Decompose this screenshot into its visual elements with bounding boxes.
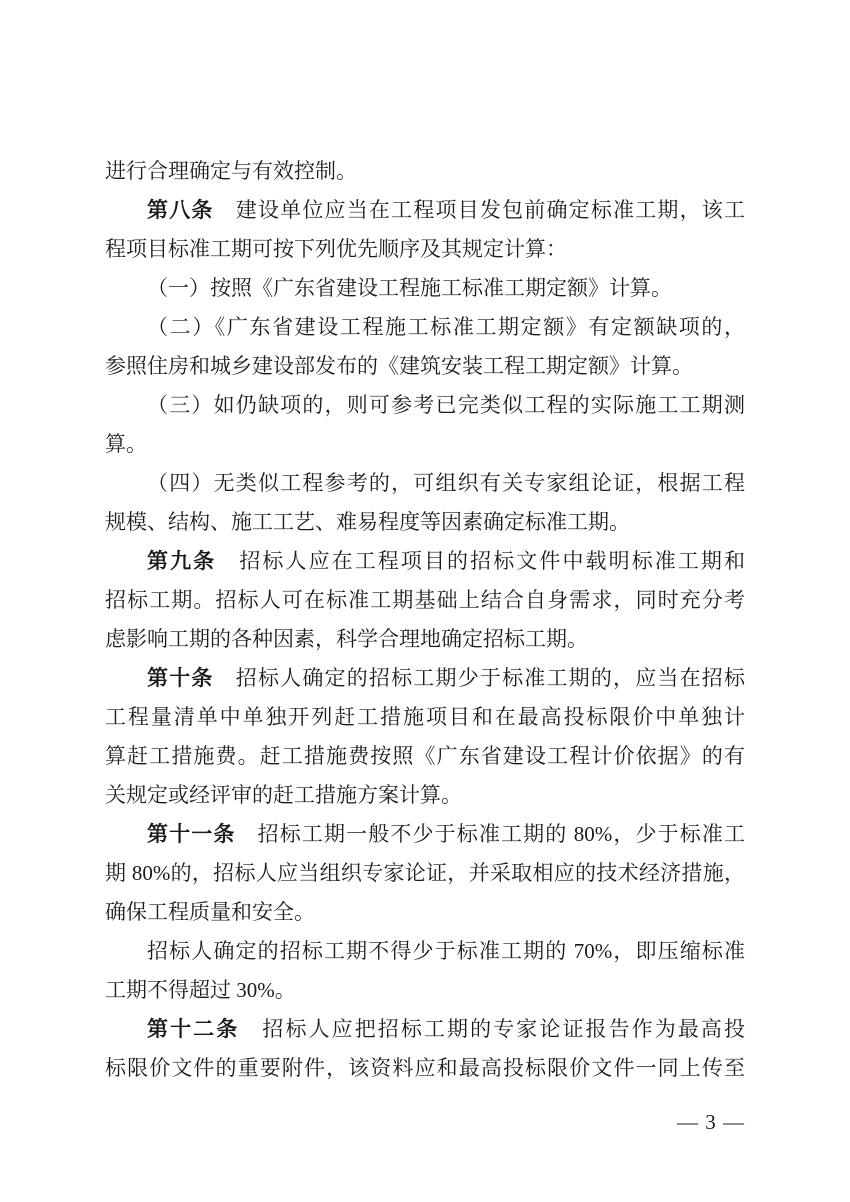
text-line: 关规定或经评审的赶工措施方案计算。: [105, 776, 745, 815]
article-number-label: 第八条: [147, 199, 214, 222]
article-number-label: 第十条: [147, 667, 214, 690]
text-line: 期 80%的，招标人应当组织专家论证，并采取相应的技术经济措施，: [105, 854, 745, 893]
text-line: 第十一条 招标工期一般不少于标准工期的 80%，少于标准工: [105, 815, 745, 854]
page-footer: — 3 —: [105, 1110, 745, 1135]
text-line: 规模、结构、施工工艺、难易程度等因素确定标准工期。: [105, 503, 745, 542]
text-line: 第八条 建设单位应当在工程项目发包前确定标准工期，该工: [105, 191, 745, 230]
page-number: — 3 —: [677, 1110, 745, 1134]
text-block: 进行合理确定与有效控制。第八条 建设单位应当在工程项目发包前确定标准工期，该工程…: [105, 152, 745, 1088]
text-line: 招标工期。招标人可在标准工期基础上结合自身需求，同时充分考: [105, 581, 745, 620]
article-number-label: 第十二条: [147, 1018, 239, 1041]
text-line: 招标人确定的招标工期不得少于标准工期的 70%，即压缩标准: [105, 932, 745, 971]
text-line: 第十条 招标人确定的招标工期少于标准工期的，应当在招标: [105, 659, 745, 698]
article-number-label: 第九条: [147, 550, 216, 573]
text-line: 确保工程质量和安全。: [105, 893, 745, 932]
text-line: 标限价文件的重要附件，该资料应和最高投标限价文件一同上传至: [105, 1049, 745, 1088]
text-line: 虑影响工期的各种因素，科学合理地确定招标工期。: [105, 620, 745, 659]
text-line: （一）按照《广东省建设工程施工标准工期定额》计算。: [105, 269, 745, 308]
text-line: （三）如仍缺项的，则可参考已完类似工程的实际施工工期测: [105, 386, 745, 425]
text-line: 第十二条 招标人应把招标工期的专家论证报告作为最高投: [105, 1010, 745, 1049]
text-line: （四）无类似工程参考的，可组织有关专家组论证，根据工程: [105, 464, 745, 503]
text-line: （二）《广东省建设工程施工标准工期定额》有定额缺项的，: [105, 308, 745, 347]
text-line: 第九条 招标人应在工程项目的招标文件中载明标准工期和: [105, 542, 745, 581]
text-line: 算。: [105, 425, 745, 464]
text-line: 程项目标准工期可按下列优先顺序及其规定计算：: [105, 230, 745, 269]
text-line: 参照住房和城乡建设部发布的《建筑安装工程工期定额》计算。: [105, 347, 745, 386]
text-line: 进行合理确定与有效控制。: [105, 152, 745, 191]
text-line: 工期不得超过 30%。: [105, 971, 745, 1010]
text-line: 工程量清单中单独开列赶工措施项目和在最高投标限价中单独计: [105, 698, 745, 737]
text-line: 算赶工措施费。赶工措施费按照《广东省建设工程计价依据》的有: [105, 737, 745, 776]
article-number-label: 第十一条: [147, 823, 236, 846]
document-page: 进行合理确定与有效控制。第八条 建设单位应当在工程项目发包前确定标准工期，该工程…: [0, 0, 850, 1202]
